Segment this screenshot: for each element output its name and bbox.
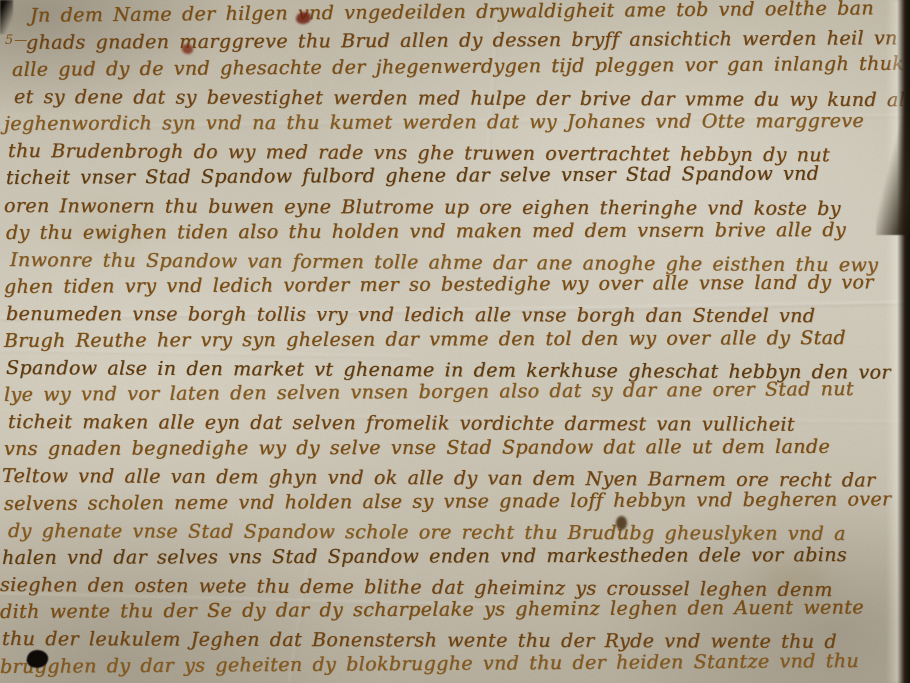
manuscript-photo: Jn dem Name der hilgen vnd vngedeilden d… [0,0,910,683]
text-line: lye wy vnd vor laten den selven vnsen bo… [0,377,904,410]
text-line: dith wente thu der Se dy dar dy scharpel… [0,595,904,627]
text-line: alle gud dy de vnd ghesachte der jhegenw… [0,52,904,85]
text-line: ghen tiden vry vnd ledich vorder mer so … [0,270,904,302]
handwritten-text-block: Jn dem Name der hilgen vnd vngedeilden d… [0,0,910,683]
text-line: dy thu ewighen tiden also thu holden vnd… [0,218,904,248]
text-line: ticheit vnser Stad Spandow fulbord ghene… [0,161,904,193]
margin-mark: 5— [5,33,28,48]
text-line: selvens scholen neme vnd holden alse sy … [0,487,904,519]
text-line: halen vnd dar selves vns Stad Spandow en… [0,543,904,573]
text-line: brugghen dy dar ys geheiten dy blokbrugg… [0,649,904,682]
text-line: jeghenwordich syn vnd na thu kumet werde… [0,109,904,139]
text-line: vns gnaden begnedighe wy dy selve vnse S… [0,435,904,464]
text-line: Brugh Reuthe her vry syn ghelesen dar vm… [0,326,904,356]
